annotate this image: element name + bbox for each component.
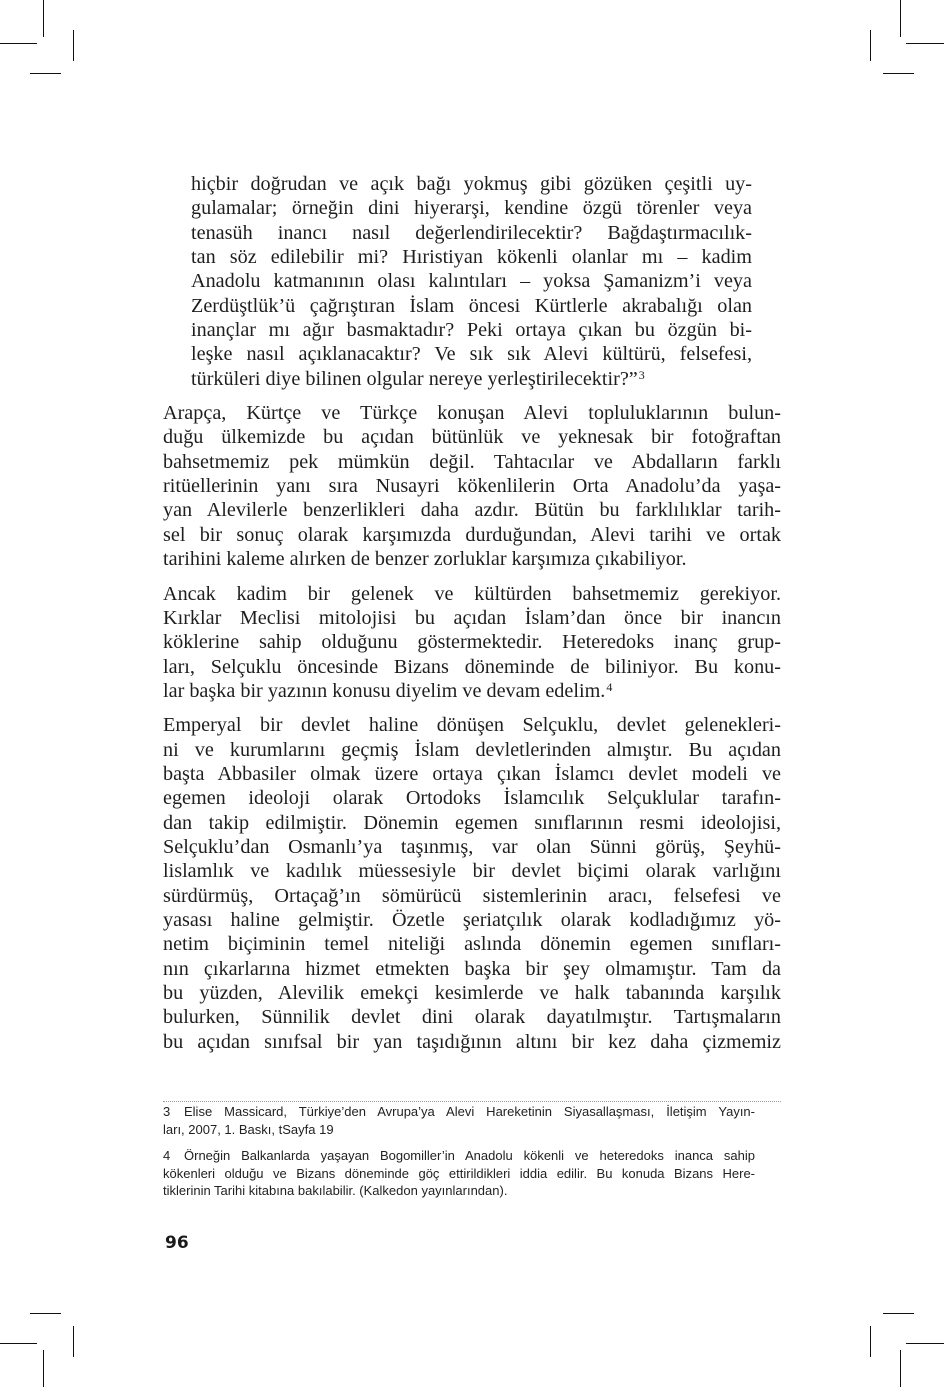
paragraph-line: Emperyal bir devlet haline dönüşen Selçu… — [163, 713, 781, 737]
quote-line: inançlar mı ağır basmaktadır? Peki ortay… — [191, 318, 752, 342]
quote-line: tenasüh inancı nasıl değerlendirilecekti… — [191, 221, 752, 245]
crop-mark-top-left-inner-vertical — [73, 30, 74, 61]
paragraph-line: Arapça, Kürtçe ve Türkçe konuşan Alevi t… — [163, 401, 781, 425]
crop-mark-top-right-outer-horizontal — [906, 43, 944, 44]
footnote-text: Elise Massicard, Türkiye’den Avrupa’ya A… — [184, 1104, 755, 1119]
paragraph-line: bu yüzden, Alevilik emekçi kesimlerde ve… — [163, 981, 781, 1005]
quote-line: gulamalar; örneğin dini hiyerarşi, kendi… — [191, 196, 752, 220]
paragraph-line: duğu ülkemizde bu açıdan bütünlük ve yek… — [163, 425, 781, 449]
paragraph-line: yan Alevilerle benzerlikleri daha azdır.… — [163, 498, 781, 522]
paragraph-line: Selçuklu’dan Osmanlı’ya taşınmış, var ol… — [163, 835, 781, 859]
footnote-3: 3Elise Massicard, Türkiye’den Avrupa’ya … — [163, 1103, 755, 1138]
paragraph-line: bulurken, Sünnilik devlet dini olarak da… — [163, 1005, 781, 1029]
paragraph-line: tarihini kaleme alırken de benzer zorluk… — [163, 547, 781, 571]
footnote-separator — [163, 1101, 781, 1102]
crop-mark-bottom-right-outer-horizontal — [906, 1343, 944, 1344]
paragraph-1: Arapça, Kürtçe ve Türkçe konuşan Alevi t… — [163, 401, 781, 571]
paragraph-line: bahsetmemiz pek mümkün değil. Tahtacılar… — [163, 450, 781, 474]
footnote-line: ları, 2007, 1. Baskı, tSayfa 19 — [163, 1121, 755, 1139]
footnote-line: tiklerinin Tarihi kitabına bakılabilir. … — [163, 1182, 755, 1200]
quote-line-text: türküleri diye bilinen olgular nereye ye… — [191, 368, 638, 390]
paragraph-line: Kırklar Meclisi mitolojisi bu açıdan İsl… — [163, 606, 781, 630]
footnote-line: kökenleri olduğu ve Bizans döneminde göç… — [163, 1165, 755, 1183]
page-number: 96 — [165, 1233, 189, 1253]
footnote-reference-3[interactable]: 3 — [639, 368, 645, 382]
footnote-4: 4Örneğin Balkanlarda yaşayan Bogomiller’… — [163, 1147, 755, 1200]
footnote-number: 4 — [163, 1147, 184, 1165]
paragraph-line: ritüellerinin yanı sıra Nusayri kökenlil… — [163, 474, 781, 498]
paragraph-line: lislamlık ve kadılık müessesiyle bir dev… — [163, 859, 781, 883]
quote-line: Anadolu katmanının olası kalıntıları – y… — [191, 269, 752, 293]
paragraph-3: Emperyal bir devlet haline dönüşen Selçu… — [163, 713, 781, 1054]
crop-mark-bottom-left-outer-horizontal — [0, 1343, 37, 1344]
crop-mark-bottom-right-inner-vertical — [870, 1326, 871, 1357]
paragraph-line-text: lar başka bir yazının konusu diyelim ve … — [163, 680, 605, 702]
crop-mark-bottom-left-inner-vertical — [73, 1326, 74, 1357]
paragraph-last-line: lar başka bir yazının konusu diyelim ve … — [163, 679, 781, 703]
crop-mark-bottom-right-outer-vertical — [900, 1350, 901, 1387]
quote-line: Zerdüştlük’ü çağrıştıran İslam öncesi Kü… — [191, 294, 752, 318]
paragraph-line: nın çıkarlarına hizmet etmekten başka bi… — [163, 957, 781, 981]
block-quote: hiçbir doğrudan ve açık bağı yokmuş gibi… — [191, 172, 752, 391]
crop-mark-bottom-right-inner-horizontal — [883, 1313, 914, 1314]
footnotes: 3Elise Massicard, Türkiye’den Avrupa’ya … — [163, 1103, 755, 1209]
crop-mark-bottom-left-inner-horizontal — [30, 1313, 61, 1314]
crop-mark-top-right-inner-horizontal — [883, 73, 914, 74]
footnote-number: 3 — [163, 1103, 184, 1121]
paragraph-line: sürdürmüş, Ortaçağ’ın sömürücü sistemler… — [163, 884, 781, 908]
paragraph-line: dan takip edilmiştir. Dönemin egemen sın… — [163, 811, 781, 835]
quote-last-line: türküleri diye bilinen olgular nereye ye… — [191, 367, 752, 391]
page-body: hiçbir doğrudan ve açık bağı yokmuş gibi… — [163, 172, 781, 1054]
quote-line: hiçbir doğrudan ve açık bağı yokmuş gibi… — [191, 172, 752, 196]
paragraph-line: egemen ideoloji olarak Ortodoks İslamcıl… — [163, 786, 781, 810]
paragraph-line: başta Abbasiler olmak üzere ortaya çıkan… — [163, 762, 781, 786]
footnote-line: 4Örneğin Balkanlarda yaşayan Bogomiller’… — [163, 1147, 755, 1165]
paragraph-line: yasası haline gelmiştir. Özetle şeriatçı… — [163, 908, 781, 932]
paragraph-line: bu açıdan sınıfsal bir yan taşıdığının a… — [163, 1030, 781, 1054]
crop-mark-top-left-outer-horizontal — [0, 43, 37, 44]
footnote-line: 3Elise Massicard, Türkiye’den Avrupa’ya … — [163, 1103, 755, 1121]
crop-mark-top-left-outer-vertical — [43, 0, 44, 37]
crop-mark-top-right-inner-vertical — [870, 30, 871, 61]
paragraph-line: sel bir sonuç olarak karşımızda durduğun… — [163, 523, 781, 547]
crop-mark-top-right-outer-vertical — [900, 0, 901, 37]
paragraph-2: Ancak kadim bir gelenek ve kültürden bah… — [163, 582, 781, 704]
paragraph-line: ları, Selçuklu öncesinde Bizans dönemind… — [163, 655, 781, 679]
paragraph-line: Ancak kadim bir gelenek ve kültürden bah… — [163, 582, 781, 606]
quote-line: tan söz edilebilir mi? Hıristiyan kökenl… — [191, 245, 752, 269]
crop-mark-top-left-inner-horizontal — [30, 73, 61, 74]
crop-mark-bottom-left-outer-vertical — [43, 1350, 44, 1387]
footnote-reference-4[interactable]: 4 — [606, 680, 612, 694]
paragraph-line: ni ve kurumlarını geçmiş İslam devletler… — [163, 738, 781, 762]
paragraph-line: köklerine sahip olduğunu göstermektedir.… — [163, 630, 781, 654]
paragraph-line: netim biçiminin temel niteliği aslında d… — [163, 932, 781, 956]
quote-line: leşke nasıl açıklanacaktır? Ve sık sık A… — [191, 342, 752, 366]
footnote-text: Örneğin Balkanlarda yaşayan Bogomiller’i… — [184, 1148, 755, 1163]
